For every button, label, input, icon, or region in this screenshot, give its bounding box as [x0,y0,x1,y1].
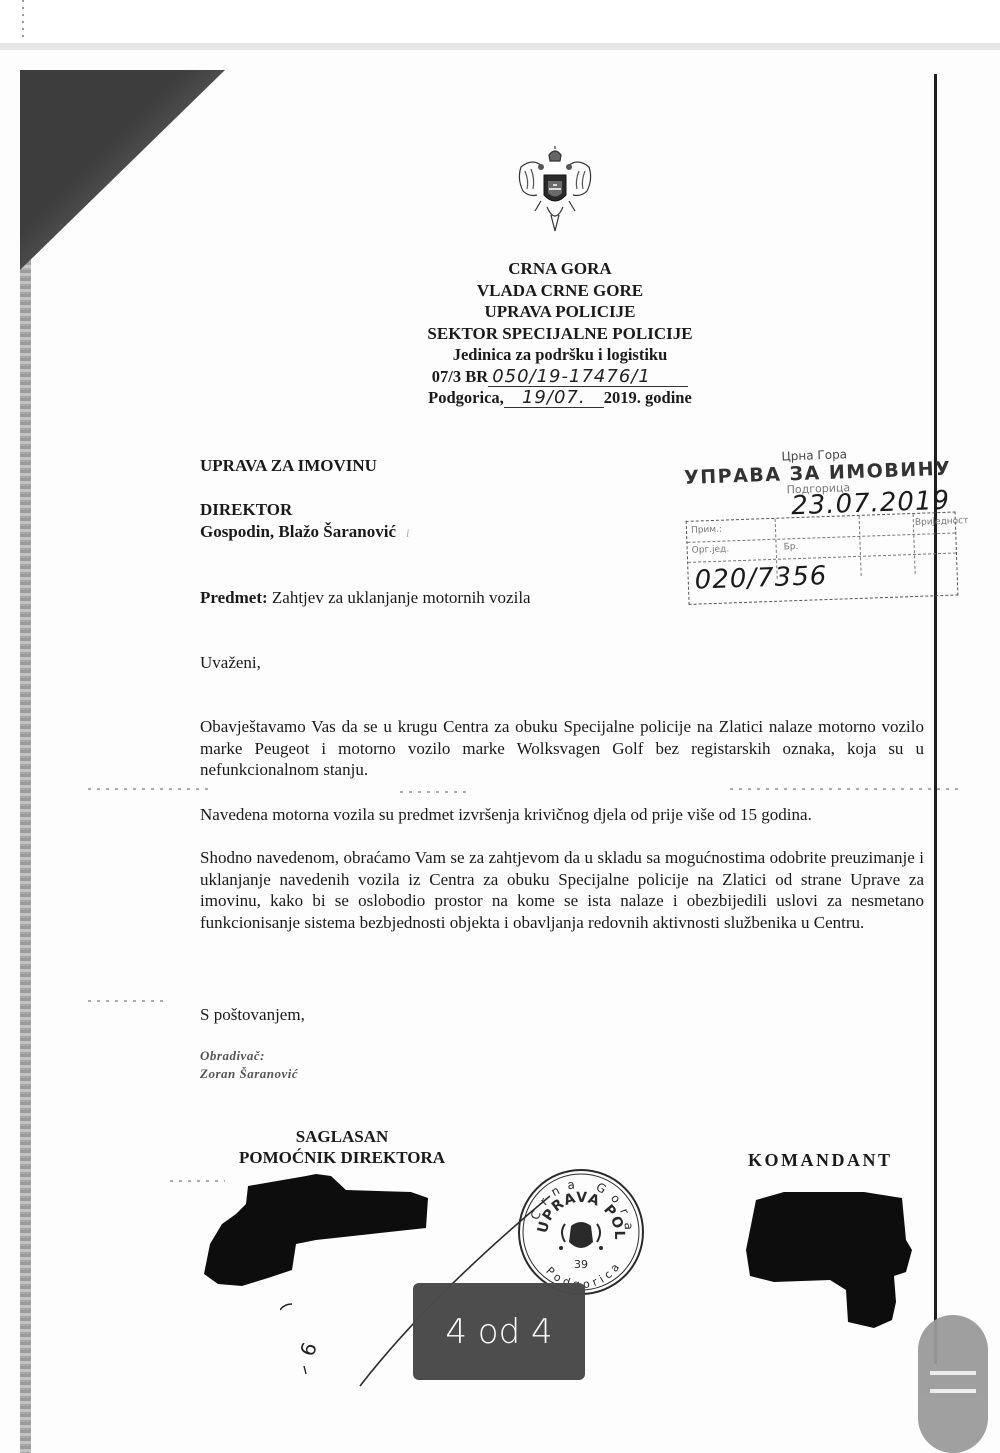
grip-icon [930,1389,976,1393]
stamp-label-org: Орг.јед. [692,544,730,555]
stamp-col-divider [859,516,862,576]
stray-mark: i [406,526,409,540]
subject-label: Predmet: [200,588,268,607]
svg-text:6: 6 [295,1339,322,1359]
body-paragraph-3: Shodno navedenom, obraćamo Vam se za zah… [200,847,924,933]
scan-noise [88,1000,168,1002]
scan-edge [20,70,31,1453]
redaction-right [744,1180,934,1360]
crop-mark [22,0,24,42]
closing: S poštovanjem, [200,1005,305,1025]
scan-noise [88,788,208,790]
stamp-label-received: Прим.: [691,525,722,536]
letterhead-sector: SEKTOR SPECIJALNE POLICIJE [380,323,740,345]
viewer-top-bar [0,0,1000,43]
scan-noise [730,788,960,790]
approval-title: POMOĆNIK DIREKTORA [222,1147,462,1168]
document-page: CRNA GORA VLADA CRNE GORE UPRAVA POLICIJ… [0,50,1000,1453]
letterhead-country: CRNA GORA [380,258,740,280]
corner-shade [20,70,225,270]
processed-by-label: Obradivač: [200,1047,298,1065]
greeting: Uvaženi, [200,653,261,673]
place-label: Podgorica, [428,388,504,407]
stamp-label-value: Вриједност [915,516,969,528]
coat-of-arms-icon [513,145,597,235]
commander-title: KOMANDANT [748,1150,893,1171]
reference-label: 07/3 BR [432,367,488,386]
page-indicator: 4 od 4 [413,1283,585,1380]
recipient-institution: UPRAVA ZA IMOVINU [200,456,377,476]
grip-icon [930,1371,976,1375]
subject-text: Zahtjev za uklanjanje motornih vozila [272,588,531,607]
stamp-row-divider [687,533,955,543]
svg-text:39: 39 [574,1258,588,1271]
processed-by-name: Zoran Šaranović [200,1065,298,1083]
processed-by: Obradivač: Zoran Šaranović [200,1047,298,1083]
page-separator [0,43,1000,50]
received-stamp: Црна Гора УПРАВА ЗА ИМОВИНУ Подгорица 23… [679,443,974,613]
approval-block: SAGLASAN POMOĆNIK DIREKTORA [222,1126,462,1168]
police-seal: Crna Gora UPRAVA POLICIJE Podgorica 39 [515,1166,647,1298]
letterhead-government: VLADA CRNE GORE [380,280,740,302]
body-paragraph-1: Obavještavamo Vas da se u krugu Centra z… [200,716,924,781]
stamp-registration: 020/7356 [694,561,828,596]
recipient-name: Gospodin, Blažo Šaranovići [200,522,409,542]
date-line: Podgorica,19/07.2019. godine [380,387,740,409]
date-handwritten: 19/07. [504,389,604,408]
body-paragraph-2: Navedena motorna vozila su predmet izvrš… [200,804,924,826]
reference-number: 050/19-17476/1 [488,368,688,387]
recipient-name-text: Gospodin, Blažo Šaranović [200,522,396,541]
letterhead-unit: Jedinica za podršku i logistiku [380,344,740,366]
approval-label: SAGLASAN [222,1126,462,1147]
letterhead: CRNA GORA VLADA CRNE GORE UPRAVA POLICIJ… [380,258,740,409]
handwritten-mark: 6 [280,1300,360,1400]
recipient-title: DIREKTOR [200,500,292,520]
stamp-table: Прим.: Орг.јед. Бр. Вриједност 020/7356 [686,512,959,605]
fast-scroll-handle[interactable] [918,1315,988,1453]
reference-line: 07/3 BR050/19-17476/1 [380,366,740,388]
scan-noise [400,791,470,793]
letterhead-police: UPRAVA POLICIJE [380,301,740,323]
date-suffix: 2019. godine [604,388,692,407]
stamp-label-number: Бр. [783,542,798,553]
subject-line: Predmet: Zahtjev za uklanjanje motornih … [200,588,531,608]
scan-fold-line [934,74,937,1364]
